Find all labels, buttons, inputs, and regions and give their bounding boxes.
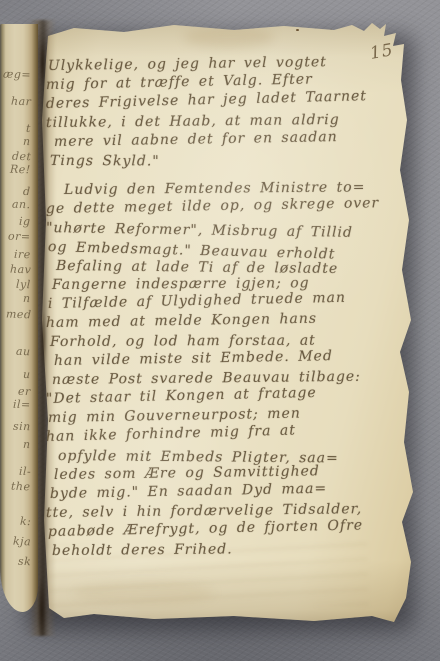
facing-page-text-fragment: kja (13, 535, 32, 549)
facing-page-text-fragment: er (18, 385, 31, 398)
photographed-manuscript: æg=hartndetRe!dan.igor=irehavlylnmedauue… (0, 0, 440, 661)
facing-page-text-fragment: ig (19, 215, 31, 228)
facing-page-text-fragment: lyl (16, 278, 31, 292)
facing-page-text-fragment: il= (13, 398, 31, 412)
ink-speck (330, 27, 333, 30)
facing-page-text-fragment: sin (13, 420, 31, 434)
ink-speck (220, 26, 224, 29)
facing-page-text-fragment: har (10, 95, 31, 109)
facing-page-text-fragment: the (11, 480, 31, 494)
facing-page-text-fragment: n (23, 135, 31, 148)
paper-stain (74, 580, 214, 606)
facing-page-text-fragment: med (5, 308, 31, 322)
facing-page-edge: æg=hartndetRe!dan.igor=irehavlylnmedauue… (0, 24, 38, 612)
facing-page-text-fragment: k: (19, 515, 31, 528)
facing-page-text-fragment: Re! (10, 163, 31, 177)
facing-page-text-fragment: det (11, 150, 31, 164)
facing-page-text-fragment: ire (14, 248, 31, 262)
facing-page-text-fragment: d (23, 185, 31, 198)
facing-page-text-fragment: æg= (3, 68, 32, 82)
handwritten-text: Ulykkelige, og jeg har vel vogtetmig for… (46, 58, 404, 562)
ink-speck (296, 29, 299, 31)
facing-page-text-fragment: au (16, 345, 31, 359)
facing-page-text-fragment: hav (9, 263, 31, 277)
manuscript-line: Tings Skyld." (50, 153, 404, 173)
facing-page-text-fragment: n (23, 438, 31, 451)
facing-page-text-fragment: u (23, 368, 31, 381)
paragraph: Ludvig den Femtendes Ministre to=ge dett… (46, 182, 404, 562)
facing-page-text-fragment: t (26, 122, 31, 135)
facing-page-text-fragment: il- (19, 465, 32, 478)
manuscript-line: beholdt deres Frihed. (52, 540, 404, 562)
paper-stain (184, 26, 274, 48)
facing-page-text-fragment: n (23, 292, 31, 305)
facing-page-text-fragment: an. (12, 198, 31, 212)
facing-page-text-fragment: sk (17, 555, 31, 568)
paragraph: Ulykkelige, og jeg har vel vogtetmig for… (46, 58, 404, 172)
facing-page-text-fragment: or= (8, 230, 31, 244)
manuscript-page: 15 Ulykkelige, og jeg har vel vogtetmig … (34, 20, 418, 634)
